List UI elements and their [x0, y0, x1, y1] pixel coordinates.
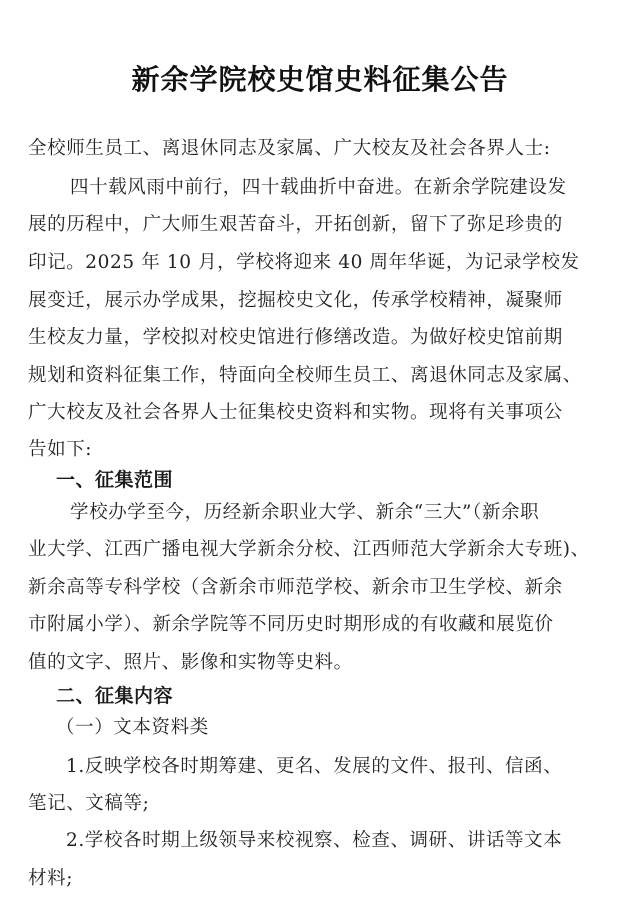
subsection-heading: （一）文本资料类 — [56, 716, 209, 740]
intro-line: 展的历程中，广大师生艰苦奋斗，开拓创新，留下了弥足珍贵的 — [28, 213, 612, 237]
section-line: 学校办学至今，历经新余职业大学、新余“三大”（新余职 — [70, 501, 640, 525]
intro-line: 印记。2025 年 10 月，学校将迎来 40 周年华诞，为记录学校发 — [28, 251, 612, 275]
intro-line: 生校友力量，学校拟对校史馆进行修缮改造。为做好校史馆前期 — [28, 326, 612, 350]
intro-line: 规划和资料征集工作，特面向全校师生员工、离退休同志及家属、 — [28, 364, 612, 388]
document-title: 新余学院校史馆史料征集公告 — [0, 58, 640, 98]
section-line: 值的文字、照片、影像和实物等史料。 — [28, 651, 612, 675]
section-line: 业大学、江西广播电视大学新余分校、江西师范大学新余大专班)、 — [28, 538, 612, 562]
item-line: 1.反映学校各时期筹建、更名、发展的文件、报刊、信函、 — [66, 755, 640, 779]
salutation: 全校师生员工、离退休同志及家属、广大校友及社会各界人士: — [28, 137, 612, 161]
item-line: 2.学校各时期上级领导来校视察、检查、调研、讲话等文本 — [66, 829, 640, 853]
section-heading: 一、征集范围 — [56, 468, 173, 492]
intro-line: 广大校友及社会各界人士征集校史资料和实物。现将有关事项公 — [28, 401, 612, 425]
item-line: 笔记、文稿等; — [28, 792, 612, 816]
intro-line: 告如下: — [28, 438, 612, 462]
section-heading: 二、征集内容 — [56, 684, 173, 708]
announcement-page: 新余学院校史馆史料征集公告 全校师生员工、离退休同志及家属、广大校友及社会各界人… — [0, 0, 640, 912]
intro-line: 四十载风雨中前行，四十载曲折中奋进。在新余学院建设发 — [70, 176, 640, 200]
section-line: 新余高等专科学校（含新余市师范学校、新余市卫生学校、新余 — [28, 576, 612, 600]
item-line: 材料; — [28, 867, 612, 891]
intro-line: 展变迁，展示办学成果，挖掘校史文化，传承学校精神，凝聚师 — [28, 289, 612, 313]
section-line: 市附属小学）、新余学院等不同历史时期形成的有收藏和展览价 — [28, 613, 612, 637]
